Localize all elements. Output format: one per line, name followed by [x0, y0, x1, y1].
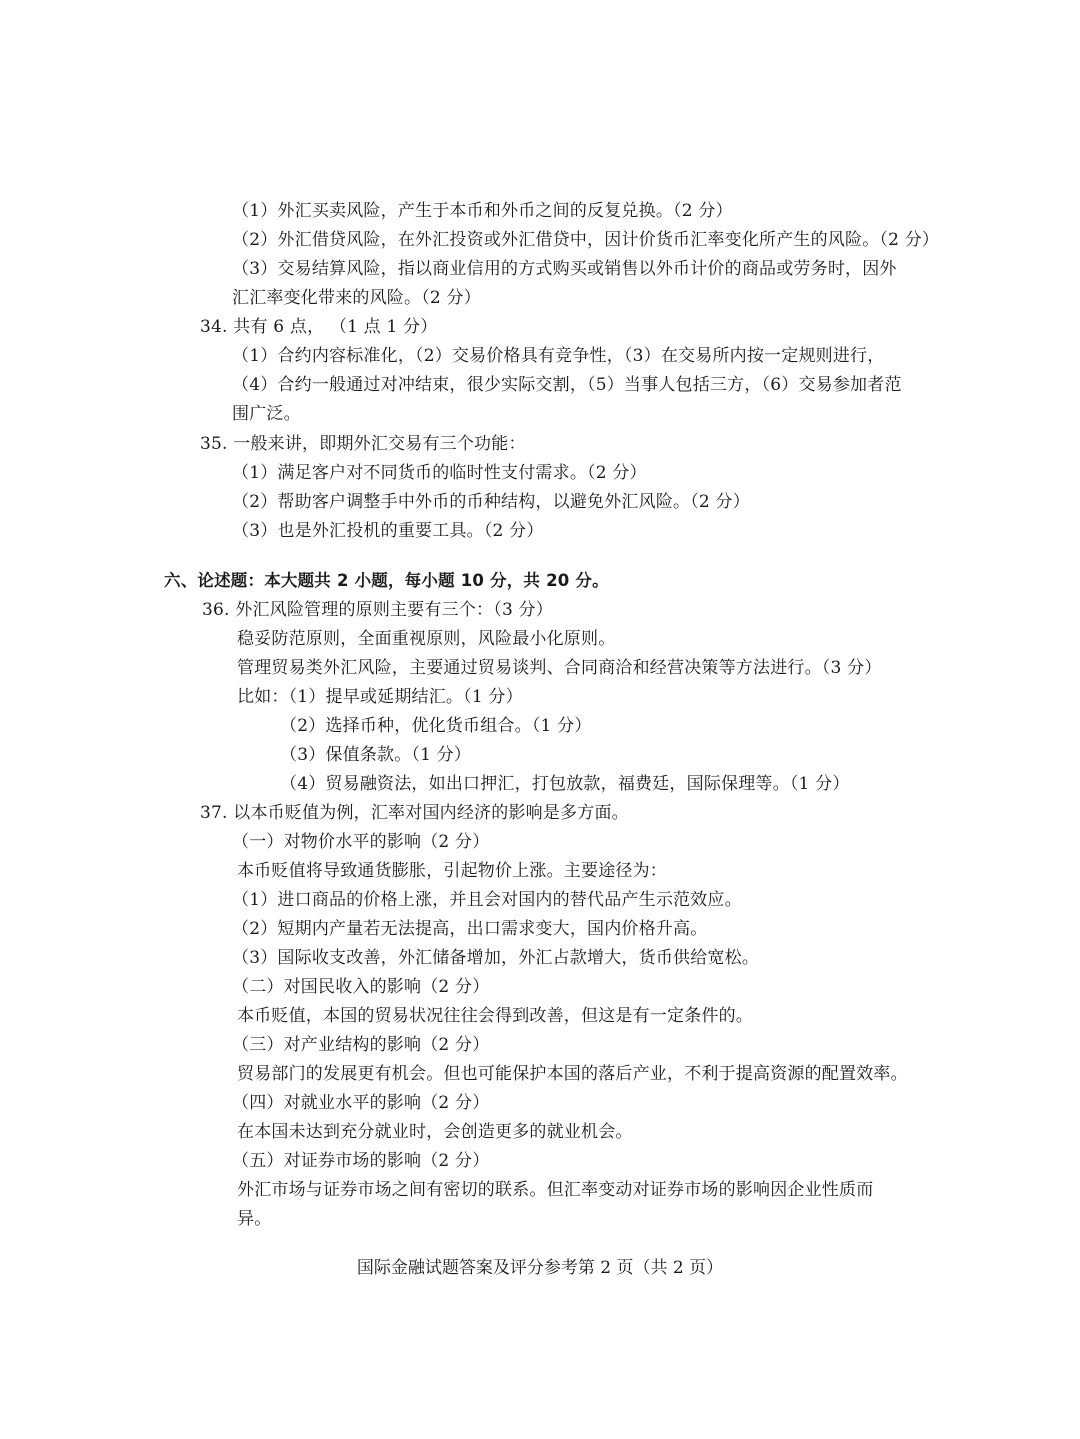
q36-line-2: 管理贸易类外汇风险，主要通过贸易谈判、合同商洽和经营决策等方法进行。（3 分）	[237, 657, 882, 679]
q33-item-1: （1）外汇买卖风险，产生于本币和外币之间的反复兑换。（2 分）	[232, 200, 733, 222]
q36-line-1: 稳妥防范原则，全面重视原则，风险最小化原则。	[237, 628, 615, 650]
q37-line-14: 异。	[237, 1208, 271, 1230]
q34-title: 34. 共有 6 点， （1 点 1 分）	[200, 316, 438, 338]
q34-line-2: （4）合约一般通过对冲结束，很少实际交割，（5）当事人包括三方，（6）交易参加者…	[232, 374, 902, 396]
q37-line-13: 外汇市场与证券市场之间有密切的联系。但汇率变动对证券市场的影响因企业性质而	[237, 1179, 873, 1201]
q35-title: 35. 一般来讲，即期外汇交易有三个功能：	[200, 433, 526, 455]
q37-title: 37. 以本币贬值为例，汇率对国内经济的影响是多方面。	[200, 802, 629, 824]
q37-line-4: （2）短期内产量若无法提高，出口需求变大，国内价格升高。	[232, 918, 707, 940]
q35-line-2: （2）帮助客户调整手中外币的币种结构，以避免外汇风险。（2 分）	[232, 491, 750, 513]
q37-line-9: 贸易部门的发展更有机会。但也可能保护本国的落后产业，不利于提高资源的配置效率。	[237, 1063, 908, 1085]
q33-item-3: （3）交易结算风险，指以商业信用的方式购买或销售以外币计价的商品或劳务时，因外	[232, 258, 897, 280]
q37-line-5: （3）国际收支改善，外汇储备增加，外汇占款增大，货币供给宽松。	[232, 947, 759, 969]
section-heading: 六、论述题：本大题共 2 小题，每小题 10 分，共 20 分。	[164, 570, 609, 592]
q37-line-8: （三）对产业结构的影响（2 分）	[232, 1034, 489, 1056]
q34-line-1: （1）合约内容标准化，（2）交易价格具有竞争性，（3）在交易所内按一定规则进行，	[232, 345, 884, 367]
q37-line-10: （四）对就业水平的影响（2 分）	[232, 1092, 489, 1114]
q37-line-7: 本币贬值，本国的贸易状况往往会得到改善，但这是有一定条件的。	[237, 1005, 753, 1027]
q37-line-12: （五）对证券市场的影响（2 分）	[232, 1150, 489, 1172]
q33-item-3-cont: 汇汇率变化带来的风险。（2 分）	[232, 287, 481, 309]
q36-line-3: 比如：（1）提早或延期结汇。（1 分）	[237, 686, 523, 708]
q36-title: 36. 外汇风险管理的原则主要有三个：（3 分）	[202, 599, 553, 621]
q33-item-2: （2）外汇借贷风险，在外汇投资或外汇借贷中，因计价货币汇率变化所产生的风险。（2…	[232, 229, 939, 251]
document-page: （1）外汇买卖风险，产生于本币和外币之间的反复兑换。（2 分） （2）外汇借贷风…	[0, 0, 1080, 1439]
q36-sub-line-3: （4）贸易融资法，如出口押汇，打包放款，福费廷，国际保理等。（1 分）	[280, 773, 850, 795]
q36-sub-line-1: （2）选择币种，优化货币组合。（1 分）	[280, 715, 592, 737]
q35-line-3: （3）也是外汇投机的重要工具。（2 分）	[232, 520, 544, 542]
q37-line-6: （二）对国民收入的影响（2 分）	[232, 976, 489, 998]
q37-line-11: 在本国未达到充分就业时，会创造更多的就业机会。	[237, 1121, 633, 1143]
page-footer: 国际金融试题答案及评分参考第 2 页（共 2 页）	[0, 1253, 1080, 1278]
q34-line-3: 围广泛。	[232, 403, 301, 425]
q37-line-3: （1）进口商品的价格上涨，并且会对国内的替代品产生示范效应。	[232, 889, 742, 911]
q36-sub-line-2: （3）保值条款。（1 分）	[280, 744, 471, 766]
q35-line-1: （1）满足客户对不同货币的临时性支付需求。（2 分）	[232, 462, 647, 484]
q37-line-2: 本币贬值将导致通货膨胀，引起物价上涨。主要途径为：	[237, 860, 667, 882]
q37-line-1: （一）对物价水平的影响（2 分）	[232, 831, 489, 853]
